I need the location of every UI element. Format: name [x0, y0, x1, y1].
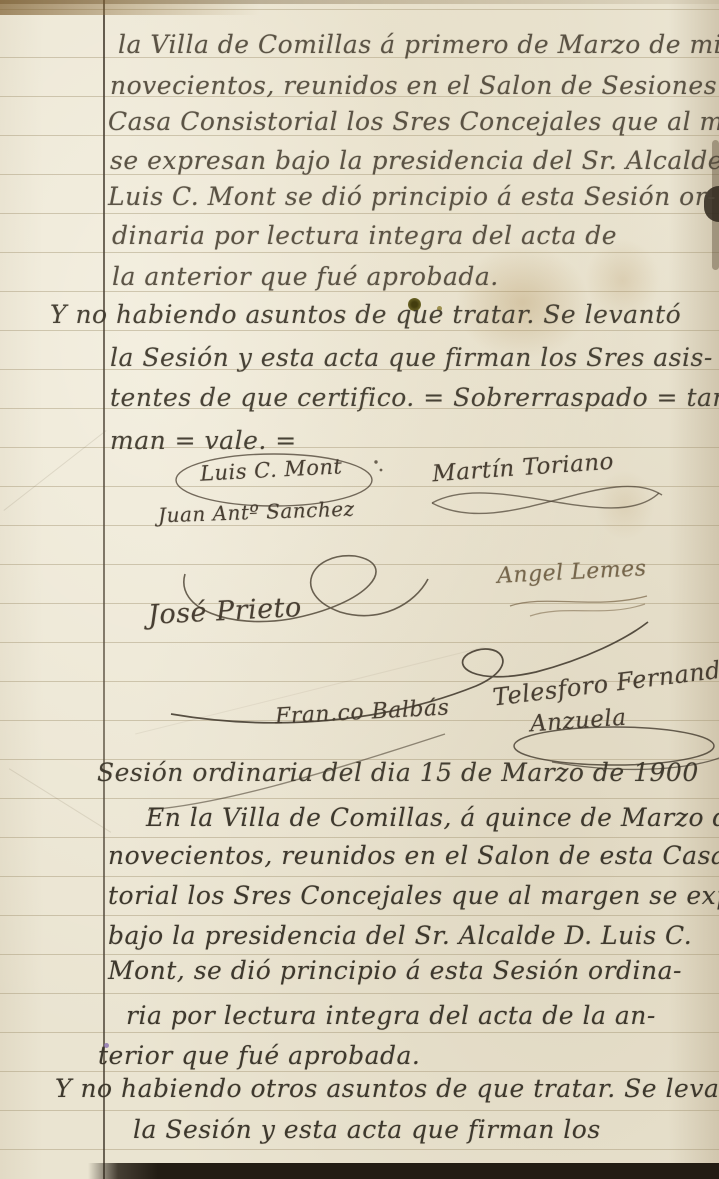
manuscript-line: Luis C. Mont se dió principio á esta Ses… [108, 182, 716, 211]
manuscript-line: ria por lectura integra del acta de la a… [126, 1001, 656, 1030]
manuscript-line: Casa Consistorial los Sres Concejales qu… [108, 107, 719, 136]
manuscript-line: Mont, se dió principio á esta Sesión ord… [108, 956, 682, 985]
manuscript-line: novecientos, reunidos en el Salon de Ses… [110, 71, 719, 100]
signature-franco-balbas: Fran.co Balbás [275, 700, 449, 725]
bottom-scan-edge [88, 1163, 719, 1179]
signature-flourish [424, 481, 674, 551]
manuscript-line: la Sesión y esta acta que firman los [133, 1115, 601, 1144]
manuscript-line: torial los Sres Concejales que al margen… [108, 881, 719, 910]
margin-rule-line [103, 0, 105, 1179]
manuscript-line: la Villa de Comillas á primero de Marzo … [118, 30, 719, 59]
session-heading: Sesión ordinaria del dia 15 de Marzo de … [97, 758, 699, 787]
manuscript-line: la Sesión y esta acta que firman los Sre… [110, 343, 713, 372]
signature-telesforo-fernandez: Telesforo Fernandez [492, 668, 719, 696]
signature-jose-prieto: José Prieto [148, 596, 302, 627]
manuscript-line: Y no habiendo otros asuntos de que trata… [55, 1074, 719, 1103]
signature-martin-toriano: Martín Toriano [432, 455, 614, 481]
signature-juan-sanchez: Juan Antº Sanchez [158, 500, 355, 524]
manuscript-line: dinaria por lectura integra del acta de [112, 221, 617, 250]
top-edge-stain [0, 0, 260, 15]
manuscript-line: tentes de que certifico. = Sobrerraspado… [110, 383, 719, 412]
manuscript-line: se expresan bajo la presidencia del Sr. … [110, 146, 719, 175]
signature-anzuela: Anzuela [530, 708, 627, 734]
manuscript-line: terior que fué aprobada. [98, 1041, 420, 1070]
manuscript-line: bajo la presidencia del Sr. Alcalde D. L… [108, 921, 692, 950]
manuscript-line: En la Villa de Comillas, á quince de Mar… [146, 803, 719, 832]
manuscript-line: Y no habiendo asuntos de que tratar. Se … [50, 300, 681, 329]
signature-luis-mont: Luis C. Mont [200, 458, 342, 482]
signature-angel-lemes: Angel Lemes [497, 560, 647, 585]
manuscript-page: la Villa de Comillas á primero de Marzo … [0, 0, 719, 1179]
manuscript-line: novecientos, reunidos en el Salon de est… [108, 841, 719, 870]
manuscript-line: la anterior que fué aprobada. [112, 262, 499, 291]
